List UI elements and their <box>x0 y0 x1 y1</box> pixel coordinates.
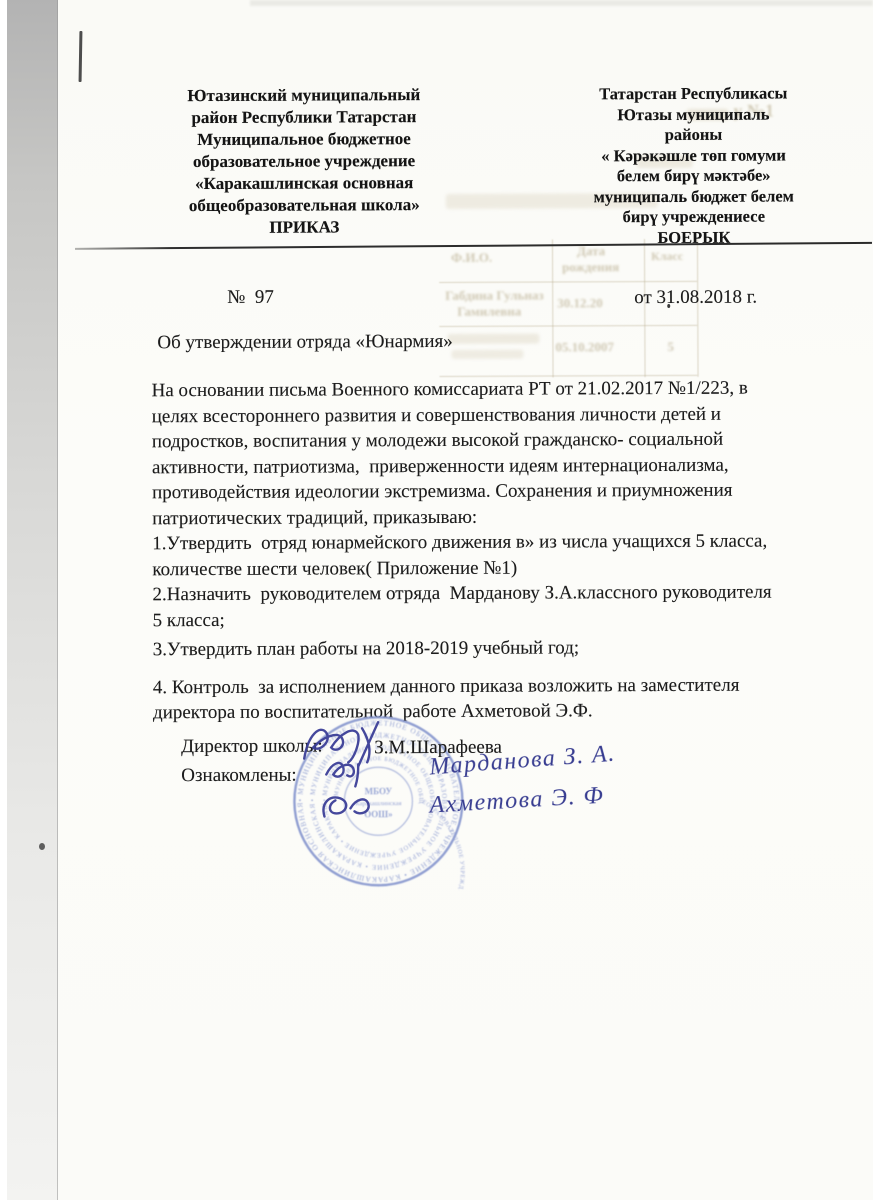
document-content: у №1 Ф.И.О. Дата рождения Класс Габдина … <box>0 0 873 1200</box>
bleedthrough-table-line <box>552 239 554 377</box>
order-item-2: 2.Назначить руководителем отряда Мардано… <box>152 580 771 608</box>
bleedthrough-table-line <box>439 281 697 283</box>
bleedthrough-cell: Ф.И.О. <box>451 250 492 266</box>
bleedthrough-cell: Габдина Гульназ <box>445 288 544 304</box>
org-name-line: Муниципальное бюджетное <box>156 128 451 151</box>
bleedthrough-cell: Гамилевна <box>457 304 521 320</box>
org-name-line: бирү учреждениесе <box>544 206 844 228</box>
order-item-3: 3.Утвердить план работы на 2018-2019 уче… <box>153 637 580 661</box>
org-name-russian: Ютазинский муниципальный район Республик… <box>156 84 452 239</box>
bleedthrough-cell: рождения <box>562 259 619 275</box>
body-line: противодействия идеологии экстремизма. С… <box>152 478 771 506</box>
org-name-line: общеобразовательная школа» <box>157 194 452 217</box>
order-item-2-cont: 5 класса; <box>153 605 772 633</box>
org-name-line: «Каракашлинская основная <box>157 172 452 195</box>
body-line: подростков, воспитания у молодежи высоко… <box>152 427 771 455</box>
bleedthrough-cell: Класс <box>651 249 683 264</box>
order-date: от 31.08.2018 г. <box>634 287 757 310</box>
order-item-4: 4. Контроль за исполнением данного прика… <box>153 675 740 700</box>
document-type-russian: ПРИКАЗ <box>157 216 452 239</box>
handwritten-signatures <box>296 717 647 844</box>
body-line: активности, патриотизма, приверженности … <box>152 452 771 480</box>
bleedthrough-cell: 5 <box>667 339 674 355</box>
org-name-line: Татарстан Республикасы <box>543 83 843 105</box>
order-subject: Об утверждении отряда «Юнармия» <box>157 331 452 354</box>
date-speck <box>667 304 670 308</box>
bleedthrough-cell: 05.10.2007 <box>555 339 614 355</box>
bleedthrough-smudge <box>451 350 523 359</box>
org-name-tatar: Татарстан Республикасы Ютазы муниципаль … <box>543 83 844 248</box>
acknowledged-signature-stroke-2 <box>323 797 368 816</box>
director-signature-stroke <box>304 722 378 766</box>
order-item-1: 1.Утвердить отряд юнармейского движения … <box>152 529 771 557</box>
scanned-document-page: у №1 Ф.И.О. Дата рождения Класс Габдина … <box>0 0 873 1200</box>
org-name-line: Ютазы муниципаль <box>543 104 843 126</box>
body-line: На основании письма Военного комиссариат… <box>152 376 771 404</box>
org-name-line: муниципаль бюджет белем <box>544 186 844 208</box>
order-body: На основании письма Военного комиссариат… <box>152 376 772 634</box>
bleedthrough-cell: 30.12.20 <box>557 295 603 311</box>
acknowledged-label: Ознакомлены: <box>181 765 296 788</box>
org-name-line: Ютазинский муниципальный <box>156 84 451 107</box>
order-number: № 97 <box>227 287 274 309</box>
body-line: патриотических традиций, приказываю: <box>152 503 771 531</box>
acknowledged-signature-stroke-1 <box>326 763 358 787</box>
bleedthrough-table-line <box>439 325 697 327</box>
org-name-line: образовательное учреждение <box>157 150 452 173</box>
bleedthrough-smudge <box>447 334 539 344</box>
org-name-line: район Республики Татарстан <box>156 106 451 129</box>
org-name-line: белем бирү мәктәбе» <box>544 165 844 187</box>
order-item-1-cont: количестве шести человек( Приложение №1) <box>152 554 771 582</box>
body-line: целях всестороннего развития и совершенс… <box>152 401 771 429</box>
org-name-line: районы <box>543 124 843 146</box>
org-name-line: « Кәрәкәшле төп гомуми <box>544 145 844 167</box>
